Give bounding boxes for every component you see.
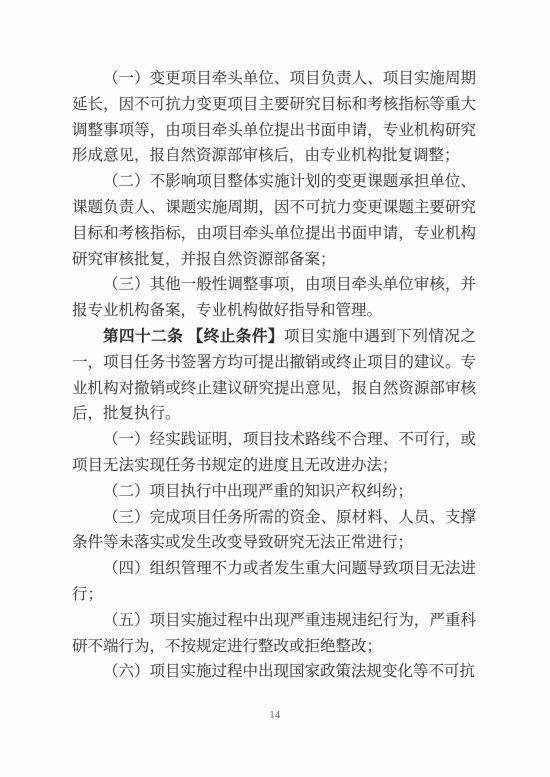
body-paragraph: 第四十二条 【终止条件】项目实施中遇到下列情况之一，项目任务书签署方均可提出撤销…: [72, 324, 476, 427]
body-paragraph: （一）经实践证明，项目技术路线不合理、不可行，或项目无法实现任务书规定的进度且无…: [72, 427, 476, 479]
paragraph-text: （二）项目执行中出现严重的知识产权纠纷；: [103, 483, 413, 500]
paragraph-text: （五）项目实施过程中出现严重违规违纪行为，严重科研不端行为，不按规定进行整改或拒…: [72, 612, 476, 655]
body-paragraph: （四）组织管理不力或者发生重大问题导致项目无法进行；: [72, 556, 476, 608]
paragraph-text: （一）变更项目牵头单位、项目负责人、项目实施周期延长，因不可抗力变更项目主要研究…: [72, 70, 476, 164]
body-paragraph: （三）完成项目任务所需的资金、原材料、人员、支撑条件等未落实或发生改变导致研究无…: [72, 505, 476, 557]
page-number: 14: [0, 710, 550, 721]
body-paragraph: （一）变更项目牵头单位、项目负责人、项目实施周期延长，因不可抗力变更项目主要研究…: [72, 66, 476, 169]
paragraph-text: （二）不影响项目整体实施计划的变更课题承担单位、课题负责人、课题实施周期，因不可…: [72, 173, 476, 267]
document-page: （一）变更项目牵头单位、项目负责人、项目实施周期延长，因不可抗力变更项目主要研究…: [0, 0, 550, 777]
paragraph-text: （六）项目实施过程中出现国家政策法规变化等不可抗: [103, 663, 475, 680]
paragraph-text: （四）组织管理不力或者发生重大问题导致项目无法进行；: [72, 560, 476, 603]
body-paragraph: （二）不影响项目整体实施计划的变更课题承担单位、课题负责人、课题实施周期，因不可…: [72, 169, 476, 272]
body-paragraph: （三）其他一般性调整事项，由项目牵头单位审核，并报专业机构备案，专业机构做好指导…: [72, 272, 476, 324]
body-paragraph: （五）项目实施过程中出现严重违规违纪行为，严重科研不端行为，不按规定进行整改或拒…: [72, 608, 476, 660]
article-42-heading: 第四十二条 【终止条件】: [103, 328, 284, 345]
body-paragraph: （六）项目实施过程中出现国家政策法规变化等不可抗: [72, 659, 476, 685]
paragraph-text: （三）完成项目任务所需的资金、原材料、人员、支撑条件等未落实或发生改变导致研究无…: [72, 509, 476, 552]
paragraph-text: （三）其他一般性调整事项，由项目牵头单位审核，并报专业机构备案，专业机构做好指导…: [72, 276, 476, 319]
document-body: （一）变更项目牵头单位、项目负责人、项目实施周期延长，因不可抗力变更项目主要研究…: [72, 66, 476, 685]
body-paragraph: （二）项目执行中出现严重的知识产权纠纷；: [72, 479, 476, 505]
paragraph-text: （一）经实践证明，项目技术路线不合理、不可行，或项目无法实现任务书规定的进度且无…: [72, 431, 476, 474]
